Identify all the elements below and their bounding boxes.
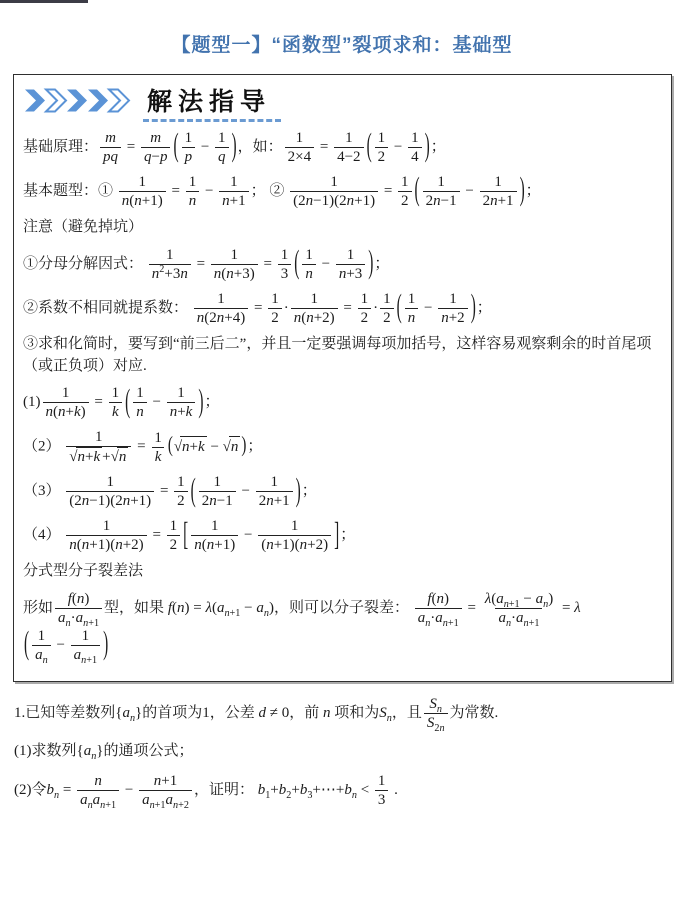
math-token: 1 [408,129,422,147]
math-token: n+3 [336,264,365,283]
math-token: 1 [408,291,416,307]
math-token: 1 [62,385,70,401]
formula-line: （3） 1(2n−1)(2n+1) = 12(12n−1 − 12n+1)； [23,473,662,510]
math-token: q−p [141,147,170,166]
math-token: （3） [23,483,64,499]
math-token: 12n+1 [480,173,517,210]
formula-line: 分式型分子裂差法 [23,561,662,583]
formula-line: (1)1n(n+k) = 1k(1n − 1n+k)； [23,384,662,421]
math-token: a [76,610,84,626]
math-token: an+1 [516,610,539,626]
math-token: an+1 [496,591,519,607]
math-token: 1n+3 [336,246,365,283]
math-token: [ [182,512,189,560]
math-token: n(n+1)(n+2) [66,535,146,554]
math-token: 1n(n+2) [291,290,338,327]
math-token: 1 [302,246,316,264]
math-token: − [520,591,536,607]
math-token: f(n) [65,590,93,608]
math-token: n [229,436,241,459]
math-token: 1 [345,130,353,146]
math-token: (12 − 14) [366,129,431,166]
math-token: +3 [164,266,180,282]
math-token: ，证明： [194,782,258,798]
math-token: 2 [401,193,409,209]
math-token: 2 [483,193,491,209]
math-token: 1 [270,474,278,490]
math-token: ( [167,431,174,463]
math-token: n(n+3) [211,264,258,283]
math-token: √n+k − √n [174,436,241,459]
math-token: ( [293,240,300,288]
math-token: 12 [375,129,389,166]
math-token: 2 [167,535,181,554]
math-token: − [318,256,334,272]
math-token: 1n [186,173,200,210]
math-token: k [198,439,205,455]
math-token: 2 [398,191,412,210]
math-token: an [84,743,97,759]
math-token: 3 [375,790,389,809]
math-token: 2n−1 [423,191,460,210]
math-token: < [357,782,373,798]
math-token: = [193,256,209,272]
math-token: 形如 [23,600,53,616]
math-token: n2 [152,266,165,282]
math-token: a [516,610,524,626]
math-token: an+1 [76,610,99,626]
math-token: 1(n+1)(n+2) [258,517,331,554]
math-token: = [558,600,574,616]
math-token: − [240,600,256,616]
chevrons-icon [25,88,133,118]
math-token: λ(an+1 − an)an·an+1 [482,590,557,627]
math-token: = [123,139,139,155]
math-token: 1an [32,627,51,664]
math-token: (√n+k − √n) [167,436,248,459]
math-token: + [270,782,278,798]
math-token: ) [470,284,477,332]
math-token: n [347,193,355,209]
math-token: − [201,183,217,199]
formula-line: （2） 1√n+k+√n = 1k(√n+k − √n)； [23,428,662,466]
formula-line: 基本题型：① 1n(n+1) = 1n − 1n+1； ② 1(2n−1)(2n… [23,173,662,210]
math-token: 1 [82,628,90,644]
math-token: an [498,610,511,626]
math-token: 12 [268,290,282,327]
formula-line: （4） 1n(n+1)(n+2) = 12[1n(n+1) − 1(n+1)(n… [23,517,662,554]
math-token: 1 [398,173,412,191]
math-token: ≠ 0，前 [266,705,323,721]
math-token: 12n−1 − 12n+1 [197,473,295,510]
math-token: 12 [167,517,181,554]
math-token: 1 [288,517,302,535]
math-token: λ [574,600,581,616]
math-token: (1an − 1an+1) [23,627,109,664]
math-token: 1 [59,384,73,402]
math-token: +1) [354,193,375,209]
math-token: ( [414,168,421,216]
math-token: 2 [375,147,389,166]
math-token: mpq [100,129,121,166]
math-token: 1 [401,174,409,190]
math-token: 1 [103,518,111,534]
math-token: (2n−1)(2n+1) [290,191,378,210]
math-token: an [32,645,51,664]
math-token: . [390,782,398,798]
math-token: ( [124,379,131,427]
math-token: )，则可以分子裂差： [269,600,413,616]
math-token: 1 [92,428,106,446]
math-token: 1 [383,291,391,307]
math-token: 1n(n+k) [43,384,89,421]
math-token: 1√n+k+√n [66,428,131,466]
math-token: 4 [408,147,422,166]
math-token: 1.已知等差数列{ [14,705,122,721]
math-token: +1 [498,193,514,209]
math-token: 2 [361,310,369,326]
math-token: m [147,129,164,147]
math-token: 1k [109,384,123,421]
math-token: 1 [342,129,356,147]
math-token: n [226,266,234,282]
math-token: k [74,404,81,420]
math-token: (1p − 1q) [172,129,237,166]
math-token: 1 [79,627,93,645]
math-token: = [133,439,149,455]
math-token: n [439,723,444,734]
math-token: n [441,310,449,326]
math-token: an [35,647,48,663]
math-token: −1)(2 [89,493,122,509]
math-token: +1 [529,618,540,629]
math-token: n+2 [438,308,467,327]
math-token: n [94,773,102,789]
math-token: ； ② [251,183,289,199]
math-token: p [185,149,193,165]
math-token: +2 [178,800,189,811]
math-token: (n+1)(n+2) [258,535,331,554]
math-token: m [150,130,161,146]
math-token: n [231,439,239,455]
math-token: an+1 [93,792,116,808]
math-token: 1 [174,384,188,402]
math-token: − [240,527,256,543]
math-token: 1 [491,173,505,191]
math-token: 1 [103,473,117,491]
formula-line: ③求和化简时，要写到“前三后二”，并且一定要强调每项加括号，这样容易观察剩余的时… [23,334,662,378]
math-token: 1 [136,173,150,191]
math-token: mq−p [141,129,170,166]
math-token: 1 [278,246,292,264]
math-token: ) [240,431,247,463]
math-token: 1 [151,429,165,447]
math-token: + [102,449,110,465]
math-token: − [420,300,436,316]
chevron-outline [46,90,66,112]
math-token: 3 [278,264,292,283]
math-token: 1 [231,247,239,263]
math-token: +1 [86,655,97,666]
math-token: 2×4 [288,149,311,165]
math-token: ，如： [238,139,283,155]
math-token: k [109,402,122,421]
math-token: 1 [163,246,177,264]
math-token: 2n+1 [480,191,517,210]
chevron-solid [88,90,108,112]
formula-line: 基础原理：mpq = mq−p(1p − 1q)，如：12×4 = 14−2(1… [23,129,662,166]
math-token: a [256,600,264,616]
math-token: 1 [189,174,197,190]
math-token: 1 [378,130,386,146]
document-page: 【题型一】“函数型”裂项求和：基础型 解法指导 基础原理：mpq = mq−p(… [0,0,684,905]
math-token: 4−2 [337,149,360,165]
math-token: m [102,129,119,147]
math-token: 2 [174,491,188,510]
math-token: 1 [296,130,304,146]
math-token: （4） [23,527,64,543]
math-token: +2) [307,537,328,553]
math-token: 1 [214,474,222,490]
math-token: ) [231,124,238,172]
math-subscript: n [43,655,48,666]
math-token: 型，如果 [104,600,168,616]
method-guide-box: 解法指导 基础原理：mpq = mq−p(1p − 1q)，如：12×4 = 1… [13,74,672,682]
math-token: 1 [95,429,103,445]
math-token: ) [424,124,431,172]
math-token: ) [84,591,89,607]
math-token: 1n [405,290,419,327]
math-token: an+1 [435,610,458,626]
math-token: +1 [155,800,166,811]
math-token: 1 [38,628,46,644]
math-token: − [197,139,213,155]
math-token: ； [374,256,389,272]
math-token: +1 [448,618,459,629]
math-token: 12 [174,473,188,510]
math-token: k [155,449,162,465]
math-subscript: n+1 [100,800,116,811]
math-token: n [437,591,445,607]
math-token: a [122,705,130,721]
math-token: n [58,404,66,420]
guide-title: 解法指导 [143,89,281,123]
math-token: 2 [271,310,279,326]
math-token: 1 [208,517,222,535]
math-token: 1n [302,246,316,283]
math-token: 1n(2n+4) [194,290,248,327]
math-token: a [142,792,150,808]
math-token: 1 [215,129,229,147]
math-token: pq [100,147,121,166]
math-token: 1 [35,627,49,645]
math-token: an [536,591,549,607]
math-token: 1 [449,291,457,307]
math-token: − [207,439,223,455]
math-token: 1n+1 [219,173,248,210]
math-token: 1n − 1n+3 [300,246,367,283]
math-token: 1 [139,174,147,190]
math-token: + [177,404,185,420]
math-token: 4−2 [334,147,363,166]
math-token: an+1an+2 [139,790,192,809]
math-token: 1n2+3n [149,246,191,283]
math-token: a [80,792,88,808]
math-token: n(n+1) [119,191,166,210]
math-token: }的首项为1，公差 [135,705,258,721]
math-token: √n [223,436,241,459]
math-token: n [408,310,416,326]
math-token: (2n−1)(2n+1) [66,491,154,510]
math-token: n [115,537,123,553]
math-token: anan+1 [77,790,119,809]
math-token: n [209,493,217,509]
math-token: 1 [305,247,313,263]
guide-header: 解法指导 [25,84,662,122]
math-token: n+1an+1an+2 [139,772,192,809]
formula-line: (1)求数列{an}的通项公式； [14,741,670,763]
math-token: ； [302,483,317,499]
math-token: Sn [429,696,442,712]
math-token: +1 [105,800,116,811]
math-token: 1 [267,473,281,491]
math-token: n [222,193,230,209]
math-token: 1 [310,291,318,307]
math-token: q [215,147,229,166]
math-token: 1n(n+1) [119,173,166,210]
math-token: n [78,449,86,465]
math-token: 1 [375,129,389,147]
math-token: ) [197,379,204,427]
math-token: 1 [268,290,282,308]
formula-line: 1.已知等差数列{an}的首项为1，公差 d ≠ 0，前 n 项和为Sn，且Sn… [14,695,670,732]
math-token: 1 [133,384,147,402]
math-token: λ(an+1 − an) [482,590,557,608]
math-token: n [136,404,144,420]
math-token: 2 [177,493,185,509]
math-token: an [122,705,135,721]
math-token: n [433,193,441,209]
math-token: ) [548,591,553,607]
math-token: 分式型分子裂差法 [23,563,143,579]
math-token: ] [333,512,340,560]
math-token: S [429,696,437,712]
math-token: − [462,183,478,199]
math-token: (2 [69,493,82,509]
math-token: 1 [327,173,341,191]
math-token: an+1 [74,647,97,663]
math-token: 14 [408,129,422,166]
math-token: 1 [154,430,162,446]
math-token: ) = [184,600,205,616]
math-token: · [284,300,289,316]
math-token: √n+k+√n [66,446,131,466]
math-subscript: 2n [434,723,444,734]
math-token: n [189,193,197,209]
math-token: 1(2n−1)(2n+1) [66,473,154,510]
math-token: ) [81,404,86,420]
math-token: 1 [411,130,419,146]
math-token: +1) [214,537,235,553]
math-token: 1n [133,384,147,421]
math-token: − [149,394,165,410]
math-token: [1n(n+1) − 1(n+1)(n+2)] [182,517,340,554]
math-token: ( [172,124,179,172]
math-token: 1p [182,129,196,166]
math-token: 1 [170,518,178,534]
math-token: n [182,439,190,455]
math-token: 1q [215,129,229,166]
math-token: an+1 [71,645,100,664]
math-token: 13 [278,246,292,283]
math-token: n+1 [151,772,180,790]
chevrons-svg [25,88,133,113]
math-subscript: n+1 [524,618,540,629]
math-token: b1 [258,782,271,798]
math-token: ) [519,168,526,216]
math-token: 项和为 [330,705,379,721]
math-token: √n+k [69,447,102,466]
math-token: an [256,600,269,616]
math-token: 2 [380,308,394,327]
math-token: 1k [151,429,165,466]
math-token: k [93,449,100,465]
math-token: (2)令 [14,782,47,798]
math-token: 1an − 1an+1 [30,627,102,664]
math-token: +3) [234,266,255,282]
math-token: d [259,705,267,721]
math-token: n(2n+4) [194,308,248,327]
math-token: 1n+k [167,384,196,421]
math-token: a [536,591,544,607]
math-token: 1 [174,473,188,491]
math-token: √n [111,447,129,466]
math-token: 2 [170,537,178,553]
math-token: 1 [214,290,228,308]
math-token: +1 [274,493,290,509]
math-token: a [166,792,174,808]
math-token: 1 [136,385,144,401]
math-token: 13 [375,772,389,809]
math-token: = [316,139,332,155]
math-token: 1 [271,291,279,307]
math-token: −1 [441,193,457,209]
math-token: n+1 [219,191,248,210]
math-token: （2） [23,439,64,455]
math-token: m [105,130,116,146]
math-token: n [43,655,48,666]
math-token: +1)( [89,537,115,553]
math-token: n [117,447,129,466]
math-token: 1 [112,385,120,401]
math-token: n [305,266,313,282]
math-token: an+2 [166,792,189,808]
math-token: 1n(n+1) [191,517,238,554]
math-token: = [156,483,172,499]
math-token: n [306,310,314,326]
math-token: ( [366,124,373,172]
math-token: +1 [161,773,177,789]
math-token: S [379,705,387,721]
math-token: 1 [293,129,307,147]
math-token: p [182,147,196,166]
guide-lines: 基础原理：mpq = mq−p(1p − 1q)，如：12×4 = 14−2(1… [23,129,662,664]
math-token: 1n+2 [438,290,467,327]
math-token: = [59,782,75,798]
math-token: (1n − 1n+2) [396,290,477,327]
math-token: 2n+1 [256,491,293,510]
math-token: 2×4 [285,147,314,166]
